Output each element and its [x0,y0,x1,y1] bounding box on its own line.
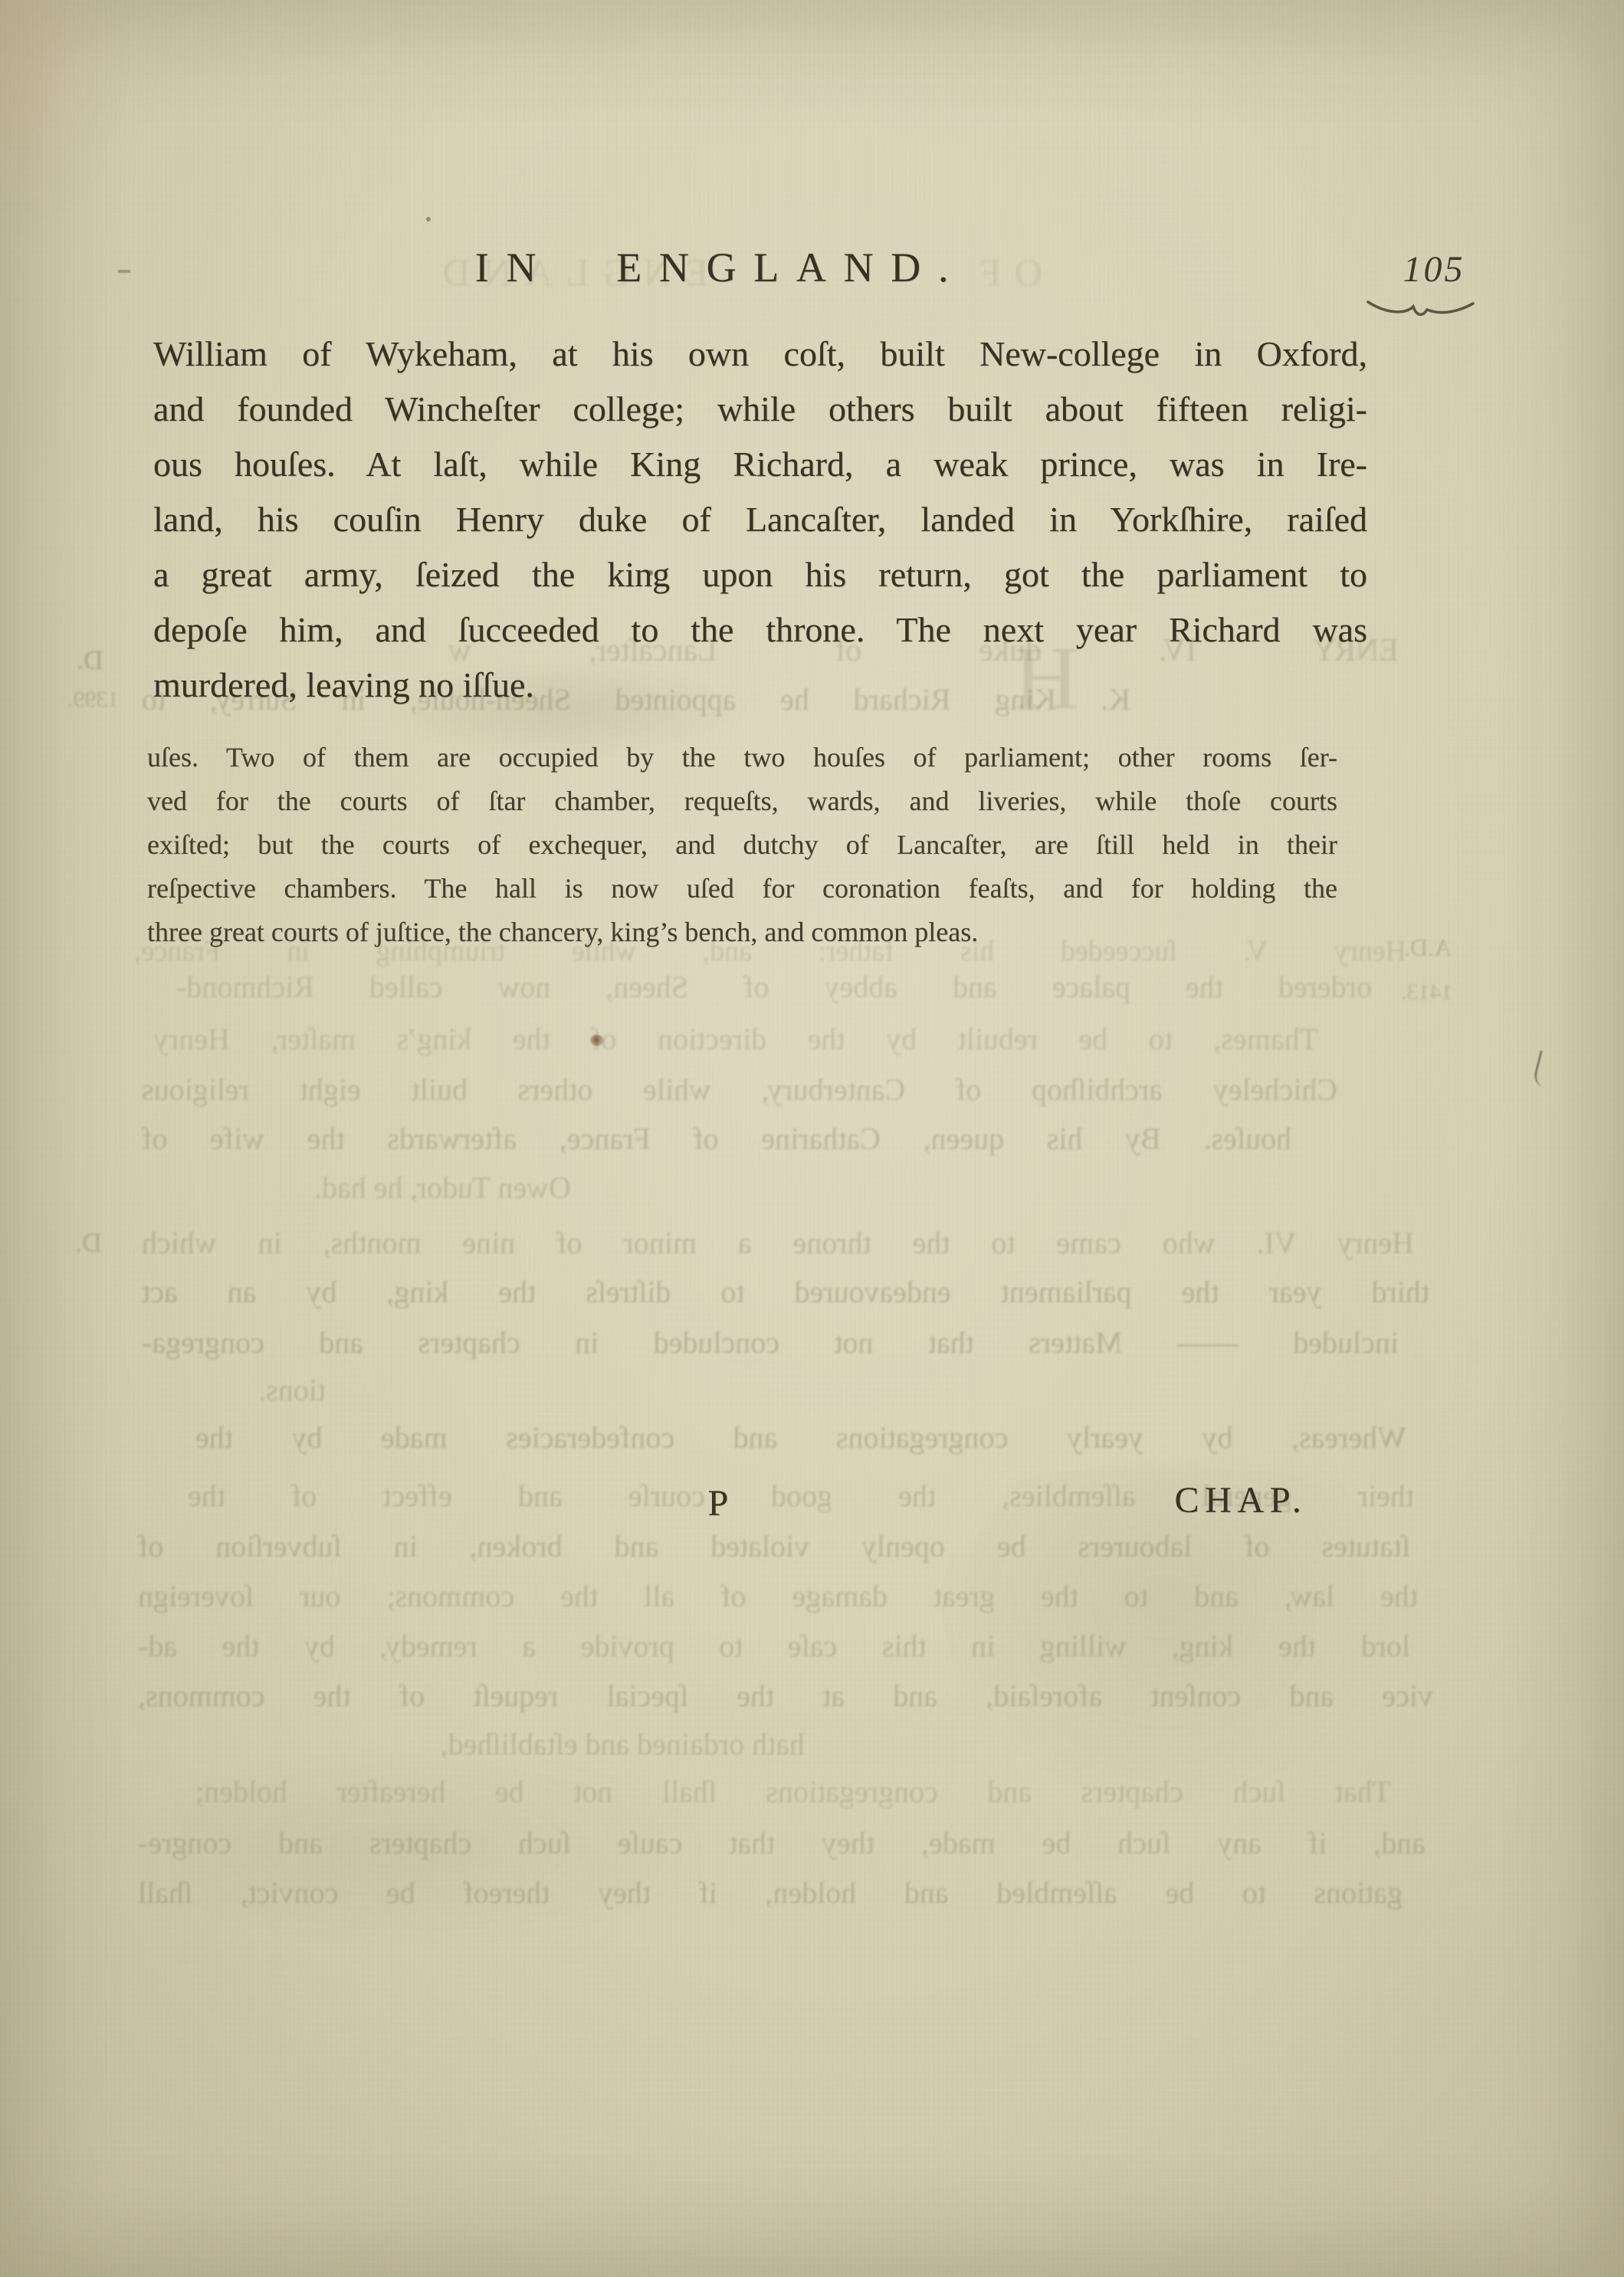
main-text-line: William of Wykeham, at his own coſt, bui… [153,332,1367,387]
bleedthrough-line: hath ordained and eſtabliſhed, [176,1729,805,1769]
ink-blot [590,1035,604,1046]
ink-speck [426,217,431,221]
main-text-line: ous houſes. At laſt, while King Richard,… [153,442,1367,497]
bleedthrough-margin-note: 1413. [1401,979,1453,1006]
ink-dash [118,270,130,273]
footnote-line: uſes. Two of them are occupied by the tw… [147,740,1337,783]
bleedthrough-line: Henry VI. who came to the throne a minor… [142,1228,1414,1268]
bleedthrough-line: vice and conſent aforeſaid, and at the ſ… [138,1681,1433,1721]
footnote-line: reſpective chambers. The hall is now uſe… [147,871,1337,914]
bleedthrough-line: ordered the palace and abbey of Sheen, n… [176,972,1372,1012]
page-number-flourish [1366,299,1476,323]
footnote-line: exiſted; but the courts of exchequer, an… [147,827,1337,870]
page-number: 105 [1384,248,1484,297]
bleedthrough-line: third year the parliament endeavoured to… [142,1277,1429,1317]
bleedthrough-margin-note: D. [75,1226,102,1258]
bleedthrough-margin-note: 1399. [67,687,120,713]
bleedthrough-line: Owen Tudor, he had. [142,1173,571,1212]
bleedthrough-line: Whereas, by yearly congregations and con… [195,1422,1406,1462]
bleedthrough-line: included —— Matters that not concluded i… [142,1327,1399,1367]
book-page: OF ENGLAND H ENRY IV. duke of Lancaſter,… [0,0,1624,2277]
bleedthrough-margin-note: D. [77,644,103,676]
signature-mark: P [691,1482,745,1524]
bleedthrough-line: lord the king, willing in this caſe to p… [138,1631,1410,1671]
footnote-line: ved for the courts of ſtar chamber, requ… [147,783,1337,826]
main-text-line: murdered, leaving no iſſue. [153,663,1367,718]
catchword: CHAP. [1145,1479,1337,1521]
bleedthrough-line: gations to be aſſembled and holden, if t… [138,1878,1403,1918]
running-header: IN ENGLAND. [238,244,1203,297]
bleedthrough-line: That ſuch chapters and congregations ſha… [195,1777,1391,1816]
main-text-line: land, his couſin Henry duke of Lancaſter… [153,497,1367,553]
bleedthrough-margin-note: A.D. [1404,933,1452,962]
bleedthrough-line: tions. [142,1375,326,1415]
main-text-line: a great army, ſeized the king upon his r… [153,553,1367,608]
bleedthrough-line: houſes. By his queen, Catharine of Franc… [142,1124,1291,1163]
bleedthrough-line: Chicheley archbiſhop of Canterbury, whil… [142,1075,1337,1114]
bleedthrough-line: the law, and to the great damage of all … [138,1581,1418,1621]
bleedthrough-line: ſtatutes of labourers be openly violated… [138,1531,1410,1571]
main-text-line: depoſe him, and ſucceeded to the throne.… [153,608,1367,663]
main-text-line: and founded Wincheſter college; while ot… [153,387,1367,442]
footnote-line: three great courts of juſtice, the chanc… [147,914,1337,957]
bleedthrough-line: Thames, to be rebuilt by the direction o… [153,1024,1318,1064]
bleedthrough-line: and, if any ſuch be made, they that cauſ… [138,1828,1426,1868]
